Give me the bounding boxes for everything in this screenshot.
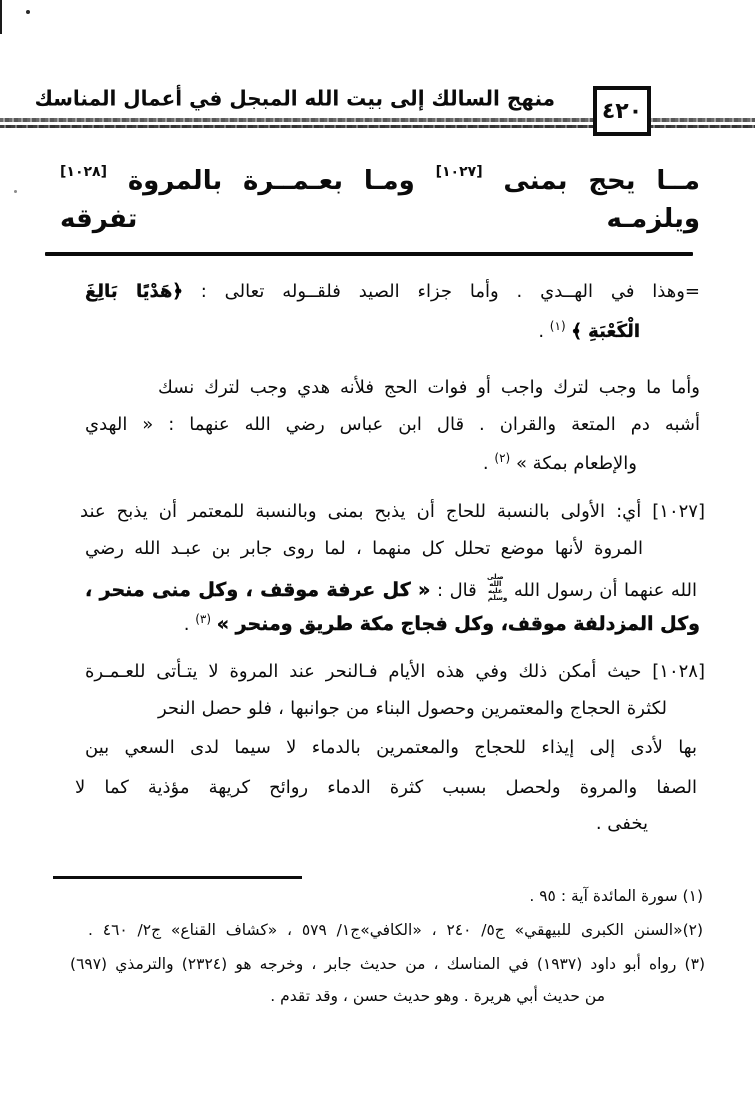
period: .: [184, 614, 190, 635]
note-1027-text: قال :: [430, 580, 483, 601]
hadith-quote-part-1: « كل عرفة موقف ، وكل منى منحر ،: [85, 579, 430, 601]
note-1028-line-4: الصفا والمروة ولحصل بسبب كثرة الدماء روا…: [75, 776, 697, 800]
note-1027-line-2: المروة لأنها موضع تحلل كل منهما ، لما رو…: [85, 537, 643, 561]
quran-verse-start: ﴿هَدْيًا بَالِغَ: [85, 281, 183, 302]
note-wajib-line-2: أشبه دم المتعة والقران . قال ابن عباس رض…: [85, 413, 700, 437]
note-1027-text: الله عنهما أن رسول الله: [507, 580, 697, 601]
quran-verse-end: الْكَعْبَةِ ﴾: [571, 321, 640, 342]
note-hady-line-1: =وهذا في الهــدي . وأما جزاء الصيد فلقــ…: [85, 280, 700, 304]
footnote-ref-1: (١): [550, 319, 566, 333]
matn-part-3: ويلزمـه تفرقه: [60, 204, 700, 234]
note-wajib-line-3: والإطعام بمكة » (٢) .: [85, 450, 637, 476]
scan-corner-mark: [0, 0, 2, 34]
book-page: منهج السالك إلى بيت الله المبجل في أعمال…: [0, 0, 755, 1107]
footnote-3-line-2: من حديث أبي هريرة . وهو حديث حسن ، وقد ت…: [85, 986, 605, 1007]
note-hady-line-2: الْكَعْبَةِ ﴾ (١) .: [85, 318, 640, 344]
page-number: ٤٢٠: [602, 99, 642, 124]
text-separator-rule: [45, 252, 693, 256]
sallallahu-alayhi-wasallam-mark: صلى الله عليه وسلم: [483, 574, 507, 602]
matn-part-2: ومـا بعـمــرة بالمروة: [128, 166, 415, 196]
footnote-2: (٢)«السنن الكبرى للبيهقي» ج٥/ ٢٤٠ ، «الك…: [88, 920, 703, 941]
footnote-ref-3: (٣): [195, 612, 211, 626]
hadith-quote-part-2: وكل المزدلفة موقف، وكل فجاج مكة طريق ومن…: [217, 613, 700, 635]
note-wajib-text: والإطعام بمكة »: [516, 453, 637, 474]
scan-speckle: [26, 10, 30, 14]
page-number-box: ٤٢٠: [593, 86, 651, 136]
footnote-separator-rule: [53, 876, 302, 879]
note-1028-line-1: [١٠٢٨] حيث أمكن ذلك وفي هذه الأيام فـالن…: [85, 660, 705, 684]
scan-speckle: [14, 190, 17, 193]
period: .: [538, 321, 544, 342]
period: .: [483, 453, 489, 474]
footnote-1: (١) سورة المائدة آية : ٩٥ .: [85, 886, 703, 907]
footnote-3-line-1: (٣) رواه أبو داود (١٩٣٧) في المناسك ، من…: [70, 954, 705, 975]
matn-line: مــا يحج بمنى [١٠٢٧] ومـا بعـمــرة بالمر…: [60, 162, 700, 238]
note-hady-text: =وهذا في الهــدي . وأما جزاء الصيد فلقــ…: [183, 281, 700, 302]
matn-part-1: مــا يحج بمنى: [503, 166, 700, 196]
header-title: منهج السالك إلى بيت الله المبجل في أعمال…: [35, 85, 555, 110]
matn-ref-1028: [١٠٢٨]: [60, 164, 107, 180]
note-1028-line-2: لكثرة الحجاج والمعتمرين وحصول البناء من …: [158, 697, 667, 721]
note-1027-line-4: وكل المزدلفة موقف، وكل فجاج مكة طريق ومن…: [85, 611, 700, 638]
footnote-ref-2: (٢): [494, 451, 510, 465]
note-1028-line-3: بها لأدى إلى إيذاء للحجاج والمعتمرين بال…: [85, 736, 697, 760]
note-1028-line-5: يخفى .: [85, 812, 648, 836]
matn-ref-1027: [١٠٢٧]: [436, 164, 483, 180]
note-1027-line-1: [١٠٢٧] أي: الأولى بالنسبة للحاج أن يذبح …: [80, 500, 705, 524]
note-1027-line-3: الله عنهما أن رسول الله صلى الله عليه وس…: [85, 574, 697, 604]
note-wajib-line-1: وأما ما وجب لترك واجب أو فوات الحج فلأنه…: [158, 376, 700, 400]
